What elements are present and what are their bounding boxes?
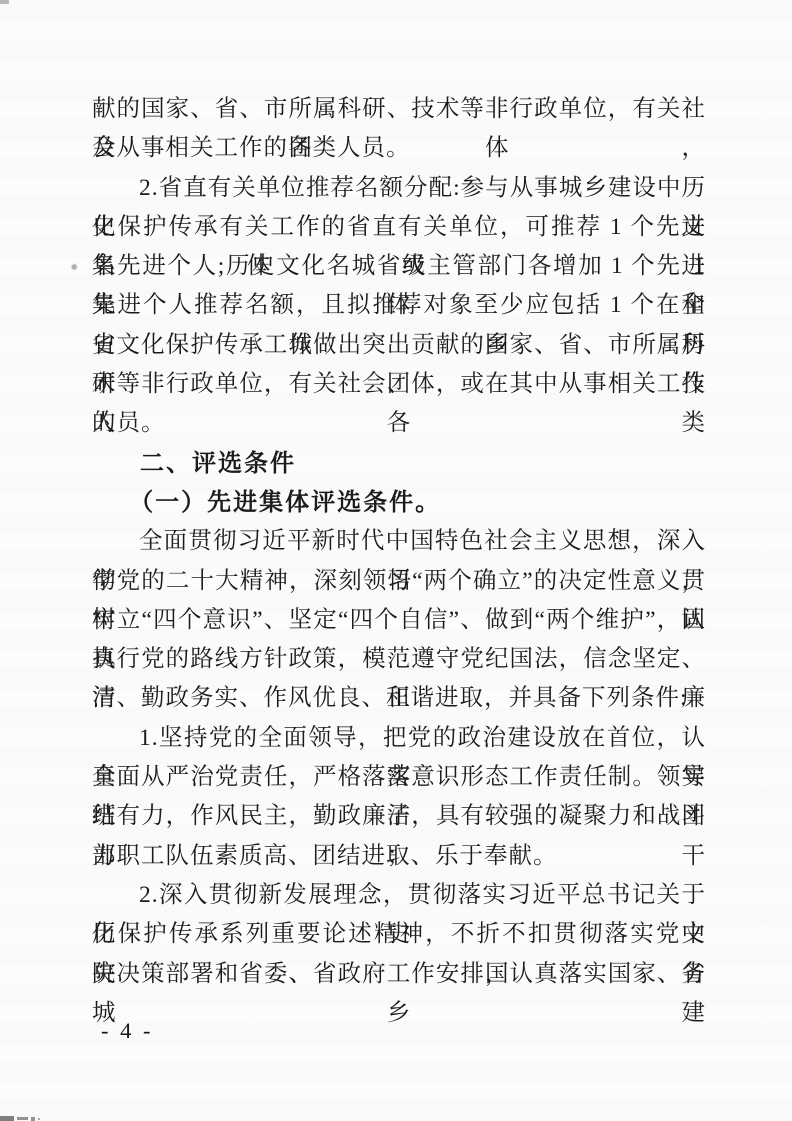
text-line: 先进个人推荐名额，且拟推荐对象至少应包括 1 个在全省城乡历	[92, 286, 706, 325]
subsection-heading: （一）先进集体评选条件。	[92, 483, 706, 522]
section-heading: 二、评选条件	[92, 444, 706, 483]
scan-artifact-bottom-bar	[31, 1117, 35, 1121]
text-line: 献的国家、省、市所属科研、技术等非行政单位，有关社会团体，	[92, 90, 706, 129]
text-line: 术等非行政单位，有关社会团体，或在其中从事相关工作的各类	[92, 365, 706, 404]
document-page: 献的国家、省、市所属科研、技术等非行政单位，有关社会团体， 及从事相关工作的各类…	[0, 0, 792, 1121]
text-line: 洁、勤政务实、作风优良、和谐进取，并具备下列条件:	[92, 679, 706, 718]
text-line: 树立“四个意识”、坚定“四个自信”、做到“两个维护”，认真	[92, 601, 706, 640]
scan-artifact-left-margin-speck	[71, 262, 79, 272]
scan-artifact-bottom-bar	[38, 1118, 40, 1120]
scan-artifact-top-left-speck	[0, 0, 9, 4]
text-line: 名先进个人;历史文化名城省级主管部门各增加 1 个先进集体和	[92, 247, 706, 286]
text-line: 2.深入贯彻新发展理念，贯彻落实习近平总书记关于历史文	[92, 876, 706, 915]
text-line: 全面从严治党责任，严格落实意识形态工作责任制。领导班子团	[92, 758, 706, 797]
scan-artifact-bottom-bar	[17, 1117, 28, 1120]
text-line: 化保护传承系列重要论述精神，不折不扣贯彻落实党中央、国务	[92, 915, 706, 954]
text-line: 1.坚持党的全面领导，把党的政治建设放在首位，认真落实	[92, 719, 706, 758]
text-line: 院决策部署和省委、省政府工作安排，认真落实国家、省城乡建	[92, 955, 706, 994]
scan-artifact-bottom-bar	[0, 1116, 14, 1121]
text-line: 化保护传承有关工作的省直有关单位，可推荐 1 个先进集体或 1	[92, 208, 706, 247]
text-line: 史文化保护传承工作做出突出贡献的国家、省、市所属科研、技	[92, 326, 706, 365]
text-line: 彻党的二十大精神，深刻领悟“两个确立”的决定性意义，牢固	[92, 562, 706, 601]
document-body: 献的国家、省、市所属科研、技术等非行政单位，有关社会团体， 及从事相关工作的各类…	[92, 90, 706, 994]
page-number: - 4 -	[101, 1018, 154, 1044]
text-line: 全面贯彻习近平新时代中国特色社会主义思想，深入学习贯	[92, 522, 706, 561]
text-line: 2.省直有关单位推荐名额分配:参与从事城乡建设中历史文	[92, 169, 706, 208]
text-line: 结有力，作风民主，勤政廉洁，具有较强的凝聚力和战斗力；干	[92, 797, 706, 836]
text-line: 执行党的路线方针政策，模范遵守党纪国法，信念坚定、清正廉	[92, 640, 706, 679]
